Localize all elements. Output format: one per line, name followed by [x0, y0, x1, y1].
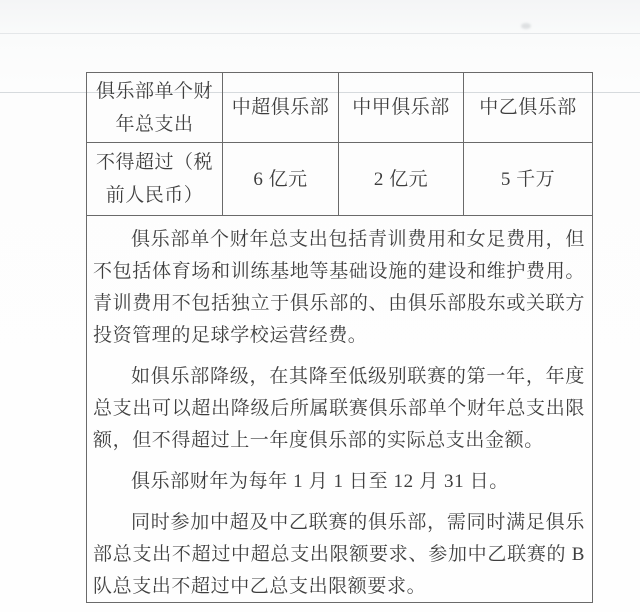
table-notes-cell: 俱乐部单个财年总支出包括青训费用和女足费用，但不包括体育场和训练基地等基础设施的…	[87, 216, 592, 602]
club-spending-limit-table: 俱乐部单个财年总支出 中超俱乐部 中甲俱乐部 中乙俱乐部 不得超过（税前人民币）…	[86, 72, 593, 603]
scanned-document-page: 俱乐部单个财年总支出 中超俱乐部 中甲俱乐部 中乙俱乐部 不得超过（税前人民币）…	[0, 0, 640, 612]
note-paragraph-dual-league-rule: 同时参加中超及中乙联赛的俱乐部，需同时满足俱乐部总支出不超过中超总支出限额要求、…	[93, 507, 585, 603]
league-column-china-league-one: 中甲俱乐部	[339, 73, 464, 143]
league-column-csl: 中超俱乐部	[223, 73, 339, 143]
note-paragraph-relegation-rule: 如俱乐部降级，在其降至低级别联赛的第一年，年度总支出可以超出降级后所属联赛俱乐部…	[93, 361, 585, 457]
note-paragraph-fiscal-year: 俱乐部财年为每年 1 月 1 日至 12 月 31 日。	[93, 466, 585, 498]
limit-value-china-league-one: 2 亿元	[339, 143, 464, 216]
table-header-row: 俱乐部单个财年总支出 中超俱乐部 中甲俱乐部 中乙俱乐部	[87, 73, 592, 143]
table-limit-row: 不得超过（税前人民币） 6 亿元 2 亿元 5 千万	[87, 143, 592, 216]
limit-value-csl: 6 亿元	[223, 143, 339, 216]
limit-value-china-league-two: 5 千万	[464, 143, 592, 216]
scan-artifact-line-top	[0, 33, 640, 34]
spending-label-cell: 俱乐部单个财年总支出	[87, 73, 223, 143]
scan-smudge-mark	[521, 23, 531, 29]
limit-label-cell: 不得超过（税前人民币）	[87, 143, 223, 216]
note-paragraph-spending-scope: 俱乐部单个财年总支出包括青训费用和女足费用，但不包括体育场和训练基地等基础设施的…	[93, 224, 585, 352]
league-column-china-league-two: 中乙俱乐部	[464, 73, 592, 143]
